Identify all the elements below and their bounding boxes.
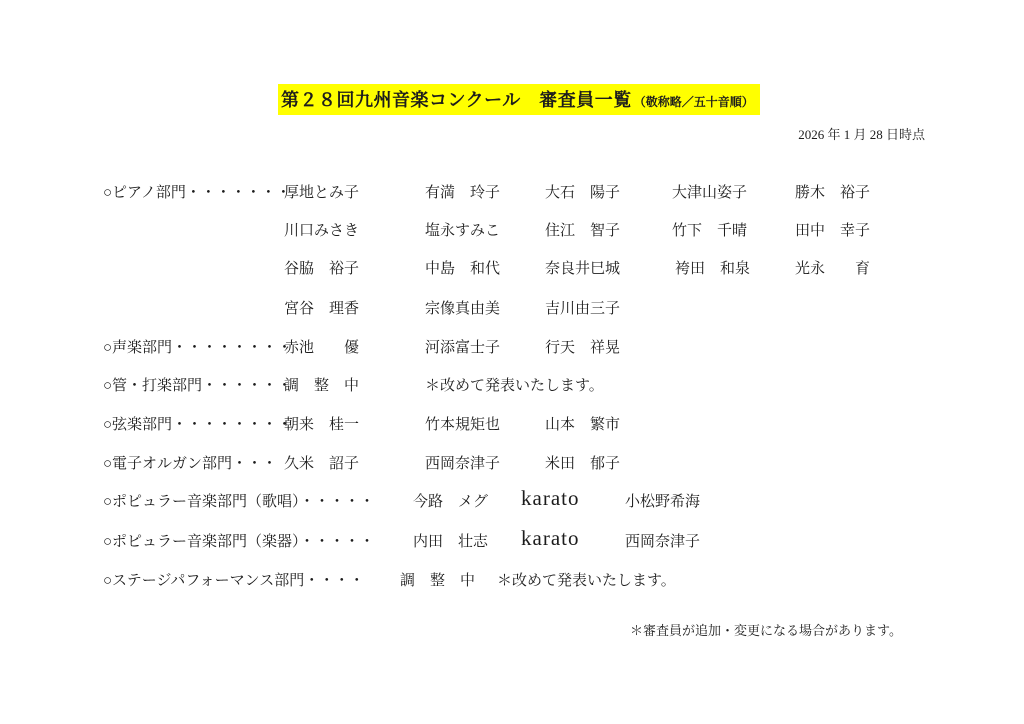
document-page: 第２８回九州音楽コンクール 審査員一覧（敬称略／五十音順） 2026 年 1 月… bbox=[0, 0, 1024, 724]
judge-name: 川口みさき bbox=[284, 221, 359, 241]
section-label: ○声楽部門・・・・・・・・ bbox=[103, 338, 292, 358]
page-title: 第２８回九州音楽コンクール 審査員一覧（敬称略／五十音順） bbox=[278, 84, 760, 115]
judge-name: 有満 玲子 bbox=[425, 183, 500, 203]
judge-name: 谷脇 裕子 bbox=[284, 259, 359, 279]
judge-name: 宮谷 理香 bbox=[284, 299, 359, 319]
judge-name: 行天 祥晃 bbox=[545, 338, 620, 358]
judge-name: 久米 詔子 bbox=[284, 454, 359, 474]
judge-name: 西岡奈津子 bbox=[625, 532, 700, 552]
judge-name: 袴田 和泉 bbox=[675, 259, 750, 279]
judge-name: 米田 郁子 bbox=[545, 454, 620, 474]
section-row-stage: ○ステージパフォーマンス部門・・・・ 調 整 中 ＊改めて発表いたします。 bbox=[0, 571, 1024, 593]
judge-name: 田中 幸子 bbox=[795, 221, 870, 241]
page-title-main: 第２８回九州音楽コンクール 審査員一覧 bbox=[281, 90, 632, 110]
section-row-winds: ○管・打楽部門・・・・・・ 調 整 中 ＊改めて発表いたします。 bbox=[0, 376, 1024, 398]
judge-name: 宗像真由美 bbox=[425, 299, 500, 319]
judge-name: 奈良井巳城 bbox=[545, 259, 620, 279]
judge-name: 山本 繁市 bbox=[545, 415, 620, 435]
section-row-piano-2: 川口みさき 塩永すみこ 住江 智子 竹下 千晴 田中 幸子 bbox=[0, 221, 1024, 243]
section-label: ○ポピュラー音楽部門（歌唱）・・・・・ bbox=[103, 492, 375, 512]
judge-name: 小松野希海 bbox=[625, 492, 700, 512]
status-text: 調 整 中 bbox=[284, 376, 359, 396]
pending-note: ＊改めて発表いたします。 bbox=[497, 571, 676, 591]
section-row-piano-3: 谷脇 裕子 中島 和代 奈良井巳城 袴田 和泉 光永 育 bbox=[0, 259, 1024, 281]
judge-name: 厚地とみ子 bbox=[284, 183, 359, 203]
judge-name: 竹下 千晴 bbox=[672, 221, 747, 241]
judge-name: 大津山姿子 bbox=[672, 183, 747, 203]
section-row-vocal: ○声楽部門・・・・・・・・ 赤池 優 河添富士子 行天 祥晃 bbox=[0, 338, 1024, 360]
judge-name: 河添富士子 bbox=[425, 338, 500, 358]
section-row-strings: ○弦楽部門・・・・・・・・ 朝来 桂一 竹本規矩也 山本 繁市 bbox=[0, 415, 1024, 437]
judge-name: 朝来 桂一 bbox=[284, 415, 359, 435]
section-label: ○ステージパフォーマンス部門・・・・ bbox=[103, 571, 364, 591]
judge-name: 塩永すみこ bbox=[425, 221, 500, 241]
section-row-popular-instrumental: ○ポピュラー音楽部門（楽器）・・・・・ 内田 壮志 karato 西岡奈津子 bbox=[0, 532, 1024, 554]
judge-name: 光永 育 bbox=[795, 259, 870, 279]
judge-name: 赤池 優 bbox=[284, 338, 359, 358]
judge-name: 竹本規矩也 bbox=[425, 415, 500, 435]
judge-name: 西岡奈津子 bbox=[425, 454, 500, 474]
section-label: ○電子オルガン部門・・・ bbox=[103, 454, 277, 474]
judge-name: 住江 智子 bbox=[545, 221, 620, 241]
section-row-piano-4: 宮谷 理香 宗像真由美 吉川由三子 bbox=[0, 299, 1024, 321]
judge-name: 内田 壮志 bbox=[413, 532, 488, 552]
section-row-organ: ○電子オルガン部門・・・ 久米 詔子 西岡奈津子 米田 郁子 bbox=[0, 454, 1024, 476]
footer-note: ＊審査員が追加・変更になる場合があります。 bbox=[630, 620, 902, 639]
judge-name: 大石 陽子 bbox=[545, 183, 620, 203]
status-text: 調 整 中 bbox=[400, 571, 475, 591]
judge-name: 今路 メグ bbox=[413, 492, 488, 512]
section-row-piano-1: ○ピアノ部門・・・・・・・ 厚地とみ子 有満 玲子 大石 陽子 大津山姿子 勝木… bbox=[0, 183, 1024, 205]
section-label: ○ピアノ部門・・・・・・・ bbox=[103, 183, 291, 203]
section-label: ○弦楽部門・・・・・・・・ bbox=[103, 415, 292, 435]
pending-note: ＊改めて発表いたします。 bbox=[425, 376, 604, 396]
date-note: 2026 年 1 月 28 日時点 bbox=[798, 124, 925, 143]
judge-name: 中島 和代 bbox=[425, 259, 500, 279]
judge-name: karato bbox=[521, 528, 579, 548]
section-label: ○管・打楽部門・・・・・・ bbox=[103, 376, 292, 396]
judge-name: karato bbox=[521, 488, 579, 508]
section-label: ○ポピュラー音楽部門（楽器）・・・・・ bbox=[103, 532, 375, 552]
section-row-popular-vocal: ○ポピュラー音楽部門（歌唱）・・・・・ 今路 メグ karato 小松野希海 bbox=[0, 492, 1024, 514]
judge-name: 勝木 裕子 bbox=[795, 183, 870, 203]
judge-name: 吉川由三子 bbox=[545, 299, 620, 319]
page-title-note: （敬称略／五十音順） bbox=[634, 95, 754, 109]
